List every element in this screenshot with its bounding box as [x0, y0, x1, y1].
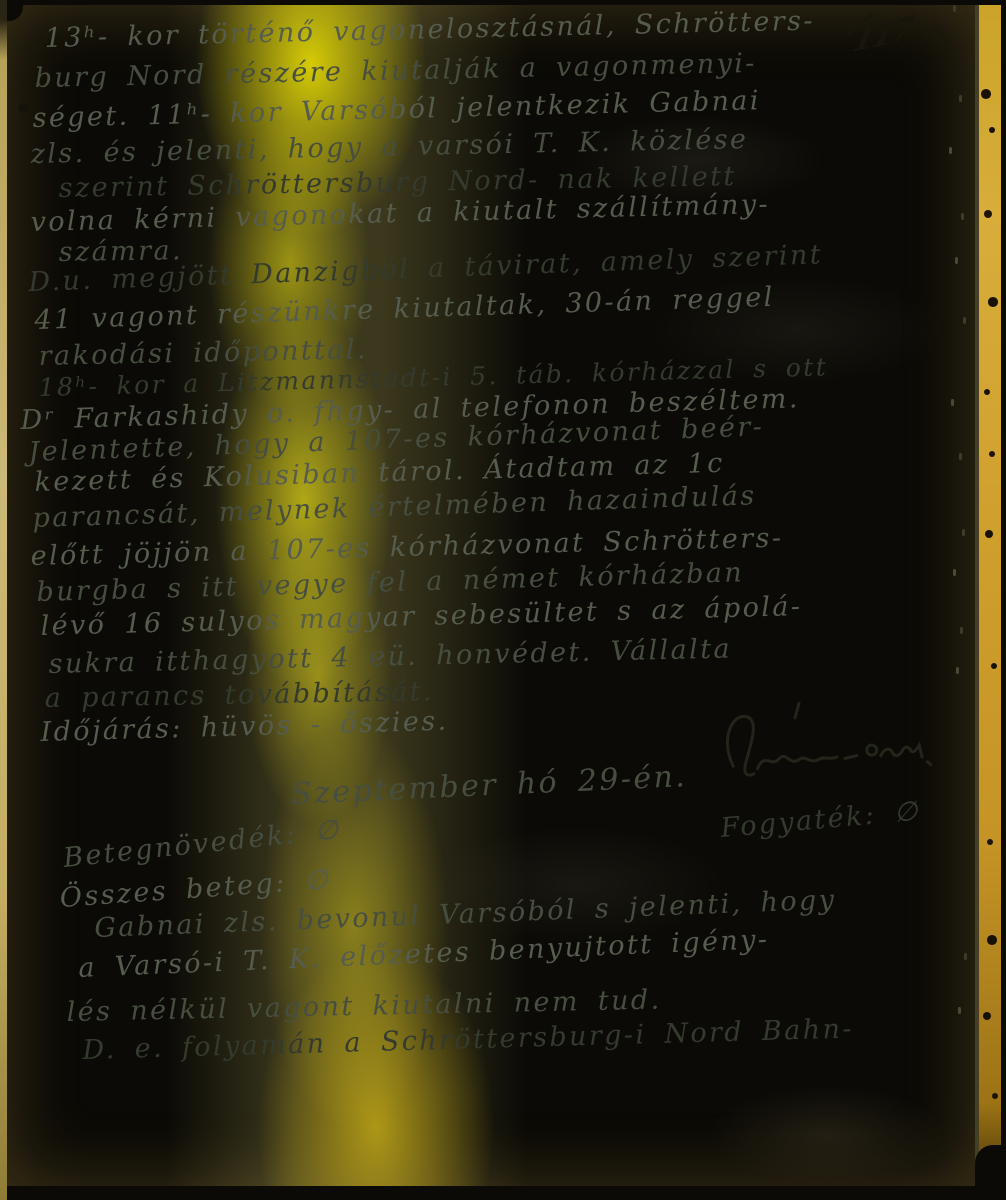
- handwriting-line: sukra itthagyott 4 eü. honvédet. Vállalt…: [48, 634, 732, 680]
- book-binding-edge: [979, 0, 1001, 1200]
- signature-scrawl: [701, 690, 942, 801]
- page-number: 117: [850, 10, 916, 61]
- handwriting-line: 13ʰ- kor történő vagonelosztásnál, Schrö…: [44, 6, 815, 54]
- stat-fogyatek: Fogyaték: ∅: [719, 796, 921, 844]
- stat-betegnovedek: Betegnövedék: ∅: [62, 814, 342, 874]
- date-heading: Szeptember hó 29-én.: [290, 759, 687, 812]
- corner-shadow: [7, 5, 23, 21]
- margin-ink-fragments: [953, 5, 956, 12]
- scan-edge-bottom: [0, 1186, 1006, 1200]
- scanned-diary-page: 117 13ʰ- kor történő vagonelosztásnál, S…: [7, 5, 979, 1186]
- ink-bleed-smudge: [707, 1085, 947, 1185]
- scan-edge-left: [0, 0, 7, 1200]
- ink-dot: [17, 102, 30, 114]
- scan-edge-top: [0, 0, 1006, 5]
- scan-edge-right: [1001, 0, 1006, 1200]
